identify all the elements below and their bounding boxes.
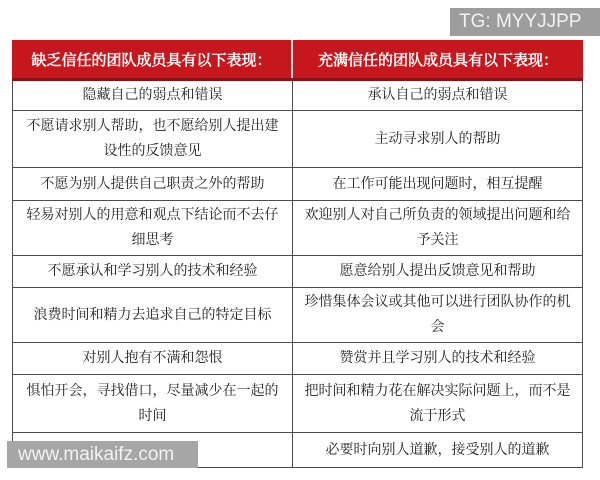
table-cell-left: 惧怕开会，寻找借口，尽量减少在一起的时间 bbox=[13, 375, 293, 432]
table-row: 不愿请求别人帮助，也不愿给别人提出建设性的反馈意见 主动寻求别人的帮助 bbox=[12, 111, 583, 168]
table-cell-right: 在工作可能出现问题时，相互提醒 bbox=[293, 168, 582, 200]
table-header-lack-of-trust: 缺乏信任的团队成员具有以下表现： bbox=[12, 40, 293, 78]
table-cell-left: 隐藏自己的弱点和错误 bbox=[13, 81, 293, 110]
table-row: 不愿承认和学习别人的技术和经验 愿意给别人提出反馈意见和帮助 bbox=[12, 256, 583, 288]
table-row: 隐藏自己的弱点和错误 承认自己的弱点和错误 bbox=[12, 81, 583, 111]
table-header-row: 缺乏信任的团队成员具有以下表现： 充满信任的团队成员具有以下表现： bbox=[12, 40, 583, 81]
table-cell-right: 愿意给别人提出反馈意见和帮助 bbox=[293, 256, 582, 287]
table-header-full-of-trust: 充满信任的团队成员具有以下表现： bbox=[293, 40, 583, 78]
table-cell-right: 主动寻求别人的帮助 bbox=[293, 111, 582, 167]
table-cell-right: 把时间和精力花在解决实际问题上，而不是流于形式 bbox=[293, 375, 582, 432]
table-cell-left: 轻易对别人的用意和观点下结论而不去仔细思考 bbox=[13, 201, 293, 255]
trust-comparison-table: 缺乏信任的团队成员具有以下表现： 充满信任的团队成员具有以下表现： 隐藏自己的弱… bbox=[12, 40, 583, 468]
watermark-top-right: TG: MYYJJPP bbox=[450, 8, 600, 36]
table-cell-left: 对别人抱有不满和怨恨 bbox=[13, 343, 293, 374]
table-cell-left: 不愿为别人提供自己职责之外的帮助 bbox=[13, 168, 293, 200]
watermark-bottom-left: www.maikaifz.com bbox=[7, 441, 198, 468]
table-cell-left: 不愿承认和学习别人的技术和经验 bbox=[13, 256, 293, 287]
table-cell-right: 珍惜集体会议或其他可以进行团队协作的机会 bbox=[293, 288, 582, 342]
table-row: 惧怕开会，寻找借口，尽量减少在一起的时间 把时间和精力花在解决实际问题上，而不是… bbox=[12, 375, 583, 433]
table-cell-right: 赞赏并且学习别人的技术和经验 bbox=[293, 343, 582, 374]
table-cell-left: 浪费时间和精力去追求自己的特定目标 bbox=[13, 288, 293, 342]
table-row: 轻易对别人的用意和观点下结论而不去仔细思考 欢迎别人对自己所负责的领域提出问题和… bbox=[12, 201, 583, 256]
table-cell-right: 承认自己的弱点和错误 bbox=[293, 81, 582, 110]
table-cell-right: 欢迎别人对自己所负责的领域提出问题和给予关注 bbox=[293, 201, 582, 255]
table-cell-left: 不愿请求别人帮助，也不愿给别人提出建设性的反馈意见 bbox=[13, 111, 293, 167]
table-cell-right: 必要时向别人道歉，接受别人的道歉 bbox=[293, 433, 582, 467]
table-row: 不愿为别人提供自己职责之外的帮助 在工作可能出现问题时，相互提醒 bbox=[12, 168, 583, 201]
table-row: 浪费时间和精力去追求自己的特定目标 珍惜集体会议或其他可以进行团队协作的机会 bbox=[12, 288, 583, 343]
table-row: 对别人抱有不满和怨恨 赞赏并且学习别人的技术和经验 bbox=[12, 343, 583, 375]
document-page: TG: MYYJJPP 缺乏信任的团队成员具有以下表现： 充满信任的团队成员具有… bbox=[0, 0, 600, 480]
